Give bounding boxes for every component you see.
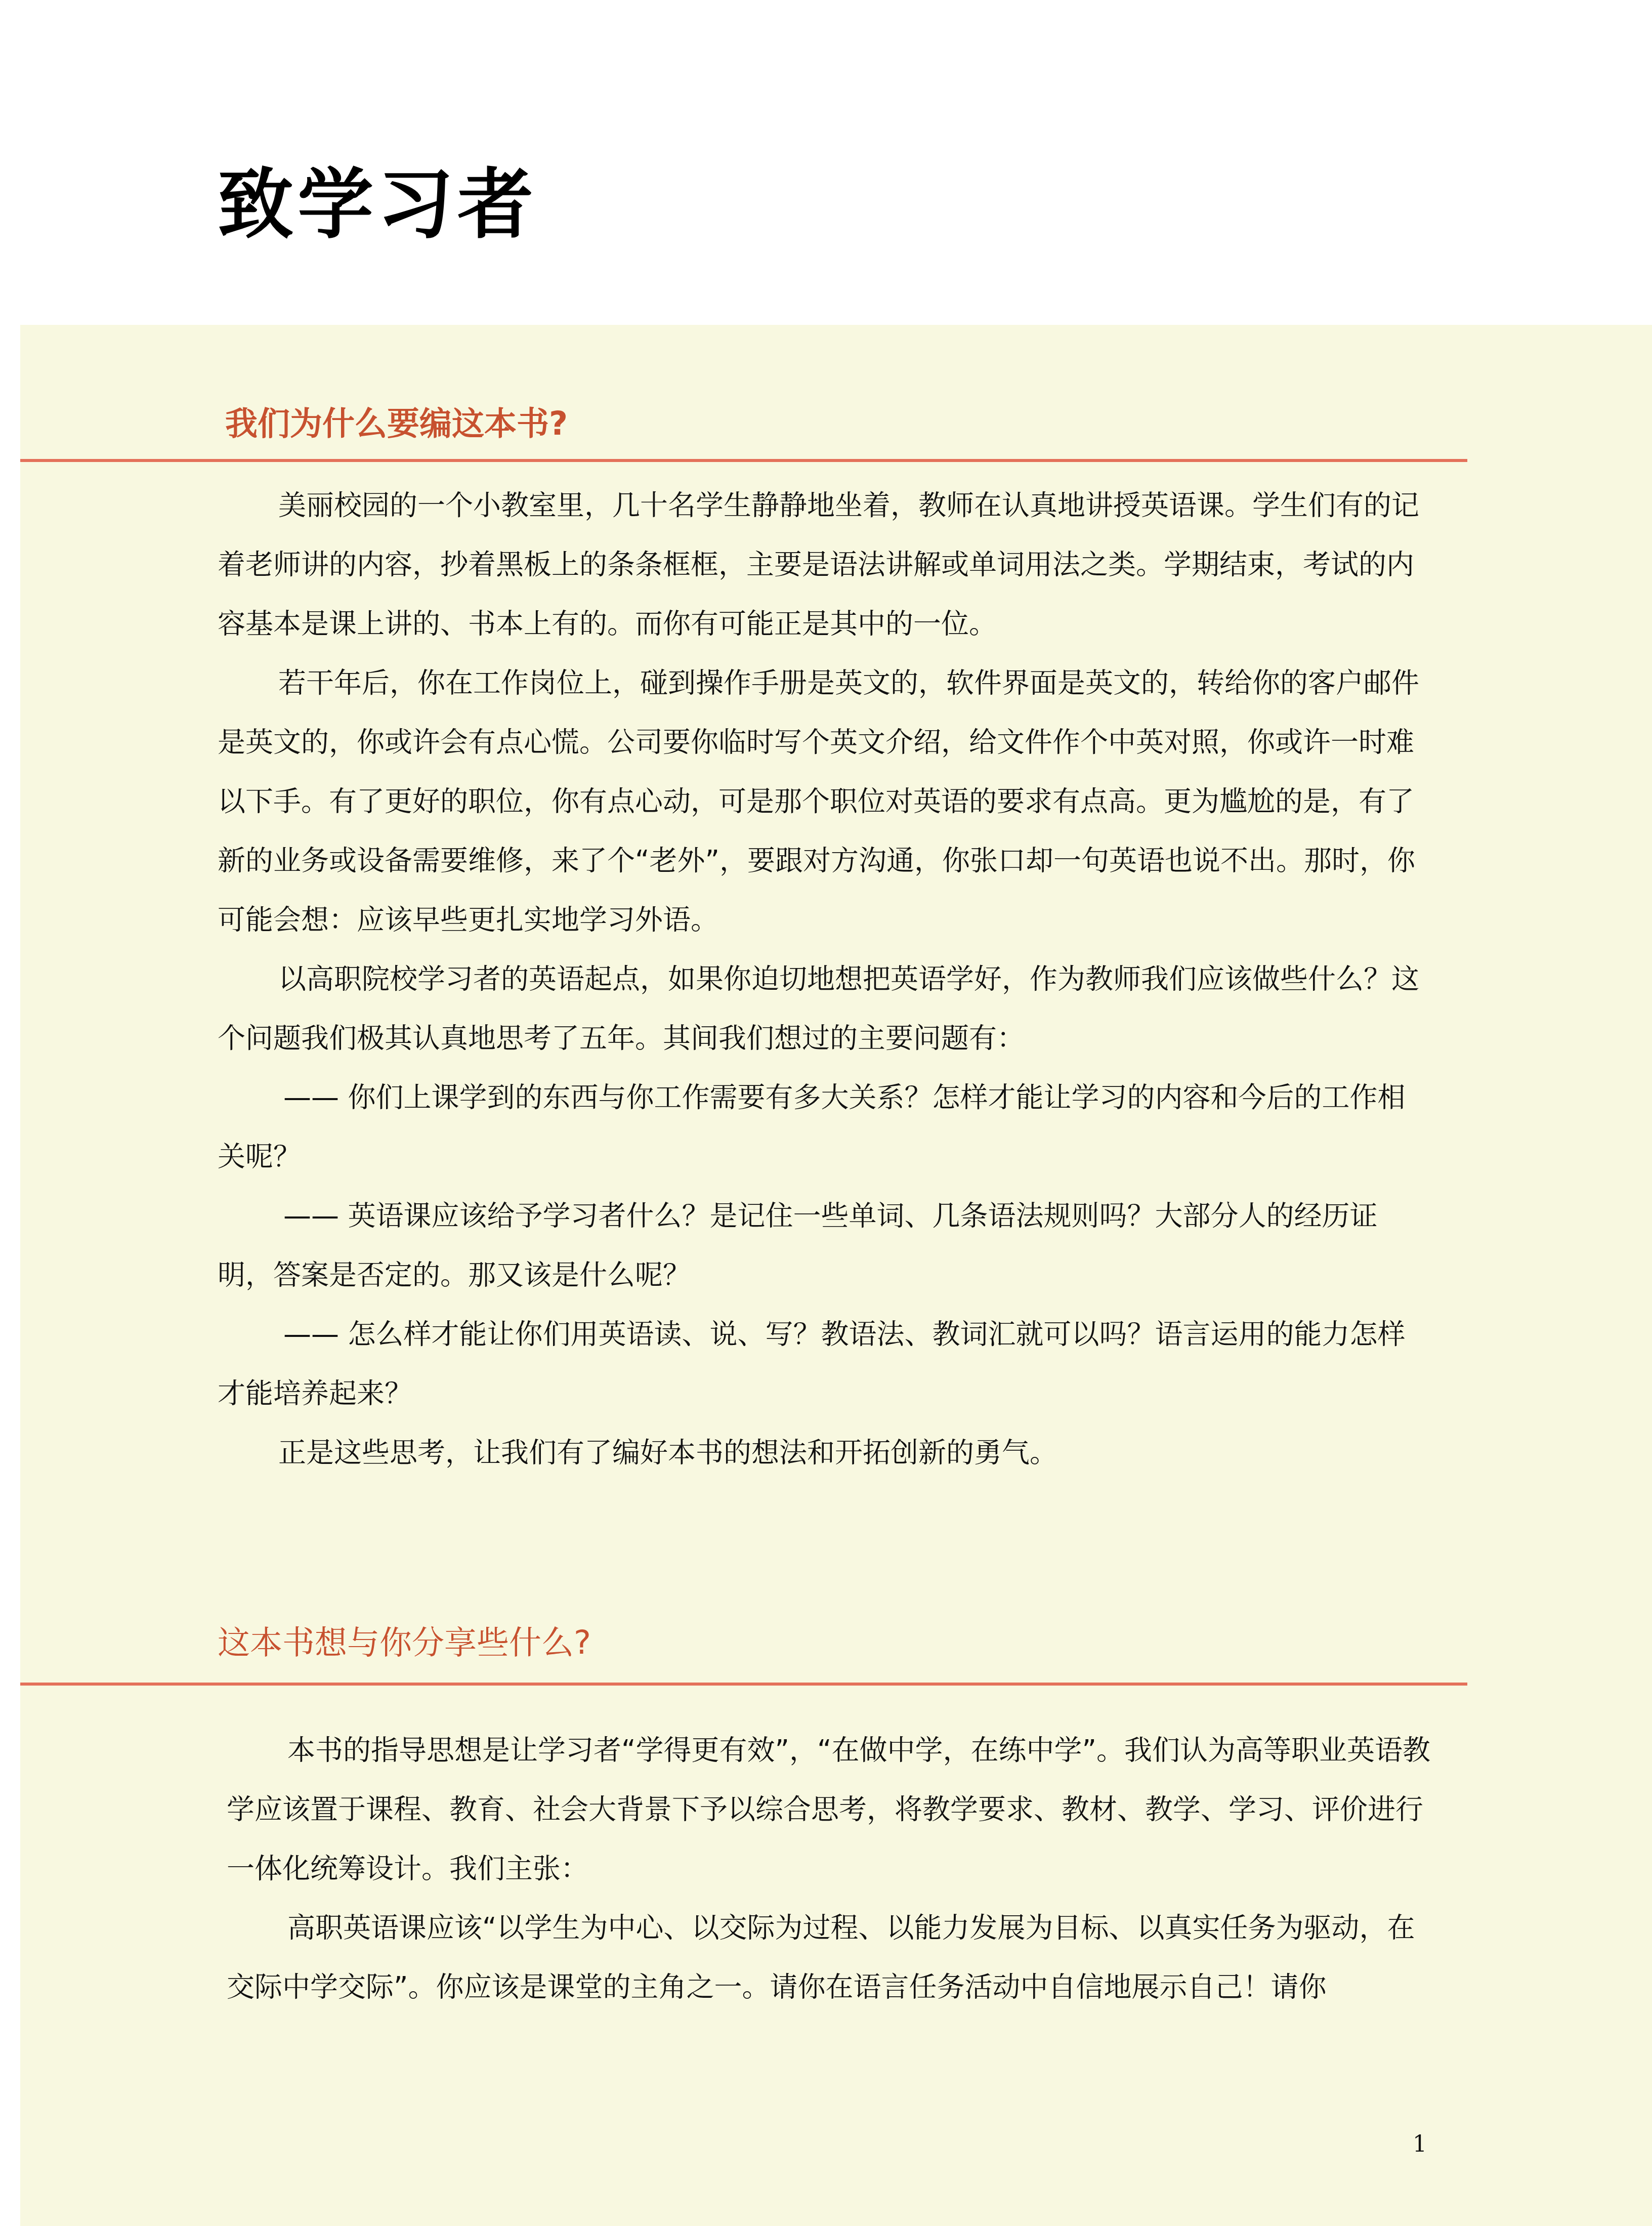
paragraph: 正是这些思考，让我们有了编好本书的想法和开拓创新的勇气。 (218, 1423, 1432, 1482)
question-item: —— 英语课应该给予学习者什么？是记住一些单词、几条语法规则吗？大部分人的经历证… (218, 1186, 1432, 1305)
question-item: —— 怎么样才能让你们用英语读、说、写？教语法、教词汇就可以吗？语言运用的能力怎… (218, 1305, 1432, 1423)
paragraph: 以高职院校学习者的英语起点，如果你迫切地想把英语学好，作为教师我们应该做些什么？… (218, 949, 1432, 1068)
paragraph: 美丽校园的一个小教室里，几十名学生静静地坐着，教师在认真地讲授英语课。学生们有的… (218, 476, 1432, 653)
section-divider (20, 459, 1467, 462)
section-body-why: 美丽校园的一个小教室里，几十名学生静静地坐着，教师在认真地讲授英语课。学生们有的… (218, 476, 1432, 1482)
section-heading-why: 我们为什么要编这本书? (225, 408, 568, 440)
question-item: —— 你们上课学到的东西与你工作需要有多大关系？怎样才能让学习的内容和今后的工作… (218, 1068, 1432, 1186)
page-title: 致学习者 (218, 167, 537, 243)
section-body-share: 本书的指导思想是让学习者“学得更有效”，“在做中学，在练中学”。我们认为高等职业… (227, 1720, 1436, 2017)
paragraph: 若干年后，你在工作岗位上，碰到操作手册是英文的，软件界面是英文的，转给你的客户邮… (218, 653, 1432, 949)
paragraph: 本书的指导思想是让学习者“学得更有效”，“在做中学，在练中学”。我们认为高等职业… (227, 1720, 1436, 1898)
paragraph: 高职英语课应该“以学生为中心、以交际为过程、以能力发展为目标、以真实任务为驱动，… (227, 1898, 1436, 2017)
section-divider (20, 1683, 1467, 1686)
page-number: 1 (1413, 2131, 1427, 2157)
section-heading-share: 这本书想与你分享些什么? (218, 1627, 591, 1659)
